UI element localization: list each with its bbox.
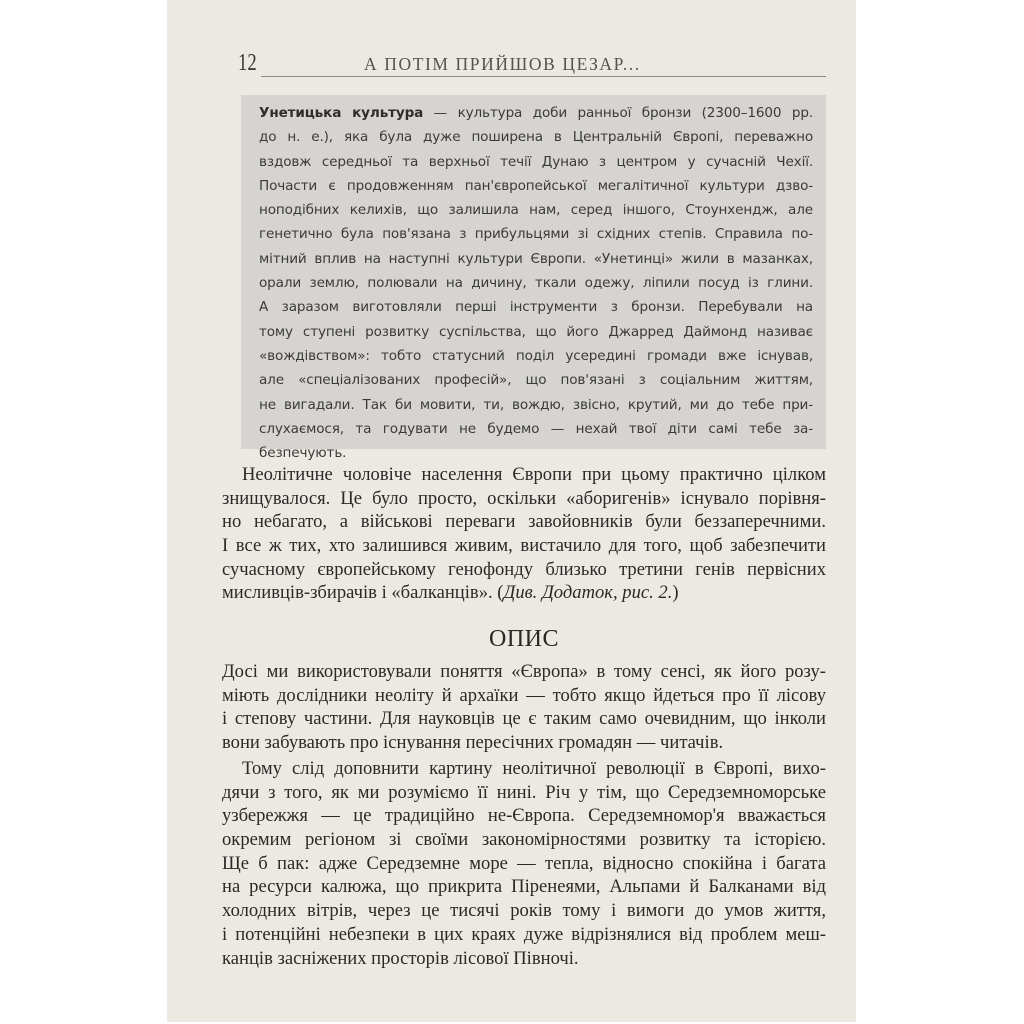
paragraph-mediterranean: Тому слід доповнити картину неолітичної … (222, 757, 826, 970)
text-line: сучасному європейському генофонду близьк… (222, 558, 826, 582)
paragraph-neolithic-population: Неолітичне чоловіче населення Європи при… (222, 463, 826, 605)
text-line: Ще б пак: адже Середземне море — тепла, … (222, 852, 826, 876)
sidebar-line: слухаємося, та годувати не будемо — неха… (259, 417, 813, 441)
text-line: окремим регіоном зі своїми закономірност… (222, 828, 826, 852)
text-line: холодних вітрів, через це тисячі років т… (222, 899, 826, 923)
sidebar-line: але «спеціалізованих професій», що пов'я… (259, 368, 813, 392)
sidebar-line: Почасти є продовженням пан'європейської … (259, 174, 813, 198)
section-heading: ОПИС (222, 626, 826, 653)
running-title: А ПОТІМ ПРИЙШОВ ЦЕЗАР... (364, 54, 641, 75)
text-line: Неолітичне чоловіче населення Європи при… (222, 463, 826, 487)
sidebar-line: безпечують. (259, 441, 813, 465)
sidebar-line: «вождівством»: тобто статусний поділ усе… (259, 344, 813, 368)
text-line: і потенційні небезпеки в цих краях дуже … (222, 923, 826, 947)
text-line: вони забувають про існування пересічних … (222, 731, 826, 755)
sidebar-box-unetice-culture: Унетицька культура — культура доби раннь… (241, 95, 826, 449)
text-line: на ресурси калюжа, що прикрита Піренеями… (222, 875, 826, 899)
sidebar-line: не вигадали. Так би мовити, ти, вождю, з… (259, 393, 813, 417)
page-number: 12 (238, 50, 257, 77)
sidebar-line: А заразом виготовляли перші інструменти … (259, 295, 813, 319)
header-rule (261, 76, 826, 77)
text-line: міють дослідники неоліту й архаїки — тоб… (222, 684, 826, 708)
appendix-reference: Див. Додаток, рис. 2. (503, 582, 672, 603)
sidebar-line: до н. е.), яка була дуже поширена в Цент… (259, 125, 813, 149)
text-line: дячи з того, як ми розуміємо її нині. Рі… (222, 781, 826, 805)
sidebar-term: Унетицька культура (259, 105, 423, 121)
book-page: 12 А ПОТІМ ПРИЙШОВ ЦЕЗАР... Унетицька ку… (167, 0, 856, 1022)
text-line: но небагато, а військові переваги завойо… (222, 510, 826, 534)
sidebar-line: генетично була пов'язана з прибульцями з… (259, 222, 813, 246)
sidebar-line: мітний вплив на наступні культури Європи… (259, 247, 813, 271)
sidebar-line: Унетицька культура — культура доби раннь… (259, 101, 813, 125)
text-line: Тому слід доповнити картину неолітичної … (222, 757, 826, 781)
paragraph-europe-concept: Досі ми використовували поняття «Європа»… (222, 660, 826, 755)
text-line: І все ж тих, хто залишився живим, вистач… (222, 534, 826, 558)
text-line: Досі ми використовували поняття «Європа»… (222, 660, 826, 684)
text-line: знищувалося. Це було просто, оскільки «а… (222, 487, 826, 511)
sidebar-text: Унетицька культура — культура доби раннь… (259, 101, 813, 465)
sidebar-line: тому ступені розвитку суспільства, що йо… (259, 320, 813, 344)
sidebar-line: ноподібних келихів, що залишила нам, сер… (259, 198, 813, 222)
text-line: узбережжя — це традиційно не-Європа. Сер… (222, 804, 826, 828)
sidebar-line: вздовж середньої та верхньої течії Дунаю… (259, 150, 813, 174)
text-line: мисливців-збирачів і «балканців». (Див. … (222, 581, 826, 605)
text-line: і степову частини. Для науковців це є та… (222, 707, 826, 731)
text-line: канців засніжених просторів лісової Півн… (222, 947, 826, 971)
sidebar-line: орали землю, полювали на дичину, ткали о… (259, 271, 813, 295)
